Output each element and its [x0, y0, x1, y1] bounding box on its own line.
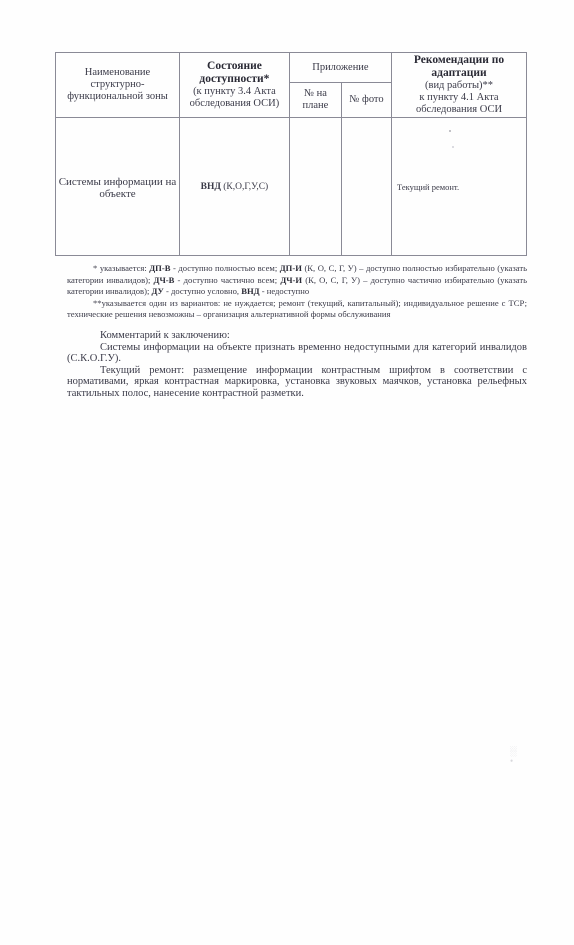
header-photo-no: № фото: [342, 83, 392, 118]
conclusion-comment: Комментарий к заключению: Системы информ…: [67, 330, 527, 399]
comment-title: Комментарий к заключению:: [67, 330, 527, 342]
cell-recommendation: Текущий ремонт.: [392, 118, 527, 256]
comment-paragraph-2: Текущий ремонт: размещение информации ко…: [67, 365, 527, 400]
fn-dpv: ДП-В: [149, 263, 170, 273]
fn-dpv-text: - доступно полностью всем;: [170, 263, 279, 273]
cell-state: ВНД (К,О,Г,У,С): [180, 118, 290, 256]
header-state-sub: (к пункту 3.4 Акта обследования ОСИ): [182, 86, 287, 110]
fn-prefix: * указывается:: [93, 263, 149, 273]
table-row: Системы информации на объекте ВНД (К,О,Г…: [56, 118, 527, 256]
scan-artifact: ░•: [510, 746, 518, 768]
footnote-1: * указывается: ДП-В - доступно полностью…: [67, 263, 527, 298]
state-categories: (К,О,Г,У,С): [221, 182, 268, 192]
header-rec-sub1: (вид работы)**: [394, 80, 524, 92]
header-plan-no: № на плане: [289, 83, 341, 118]
fn-dpi: ДП-И: [280, 263, 302, 273]
cell-zone: Системы информации на объекте: [56, 118, 180, 256]
fn-vnd: ВНД: [241, 286, 259, 296]
footnotes: * указывается: ДП-В - доступно полностью…: [67, 263, 527, 321]
header-rec-title: Рекомендации по адаптации: [394, 54, 524, 80]
scan-speck: [449, 130, 451, 132]
scan-speck: [452, 146, 454, 148]
fn-du: ДУ: [152, 286, 164, 296]
cell-photo-no: [342, 118, 392, 256]
fn-dchi: ДЧ-И: [280, 275, 302, 285]
header-state-title: Состояние доступности*: [182, 60, 287, 86]
fn-vnd-text: - недоступно: [260, 286, 310, 296]
fn-du-text: - доступно условно,: [164, 286, 241, 296]
state-code: ВНД: [201, 182, 221, 192]
header-rec-sub2: к пункту 4.1 Акта обследования ОСИ: [394, 92, 524, 116]
header-zone-name: Наименование структурно-функциональной з…: [56, 53, 180, 118]
document-page: Наименование структурно-функциональной з…: [0, 0, 574, 945]
fn-dchv-text: - доступно частично всем;: [174, 275, 280, 285]
fn-dchv: ДЧ-В: [154, 275, 175, 285]
header-state: Состояние доступности* (к пункту 3.4 Акт…: [180, 53, 290, 118]
header-recommendations: Рекомендации по адаптации (вид работы)**…: [392, 53, 527, 118]
comment-paragraph-1: Системы информации на объекте признать в…: [67, 342, 527, 365]
accessibility-table: Наименование структурно-функциональной з…: [55, 52, 527, 256]
header-appendix: Приложение: [289, 53, 391, 83]
footnote-2: **указывается один из вариантов: не нужд…: [67, 298, 527, 321]
cell-plan-no: [289, 118, 341, 256]
